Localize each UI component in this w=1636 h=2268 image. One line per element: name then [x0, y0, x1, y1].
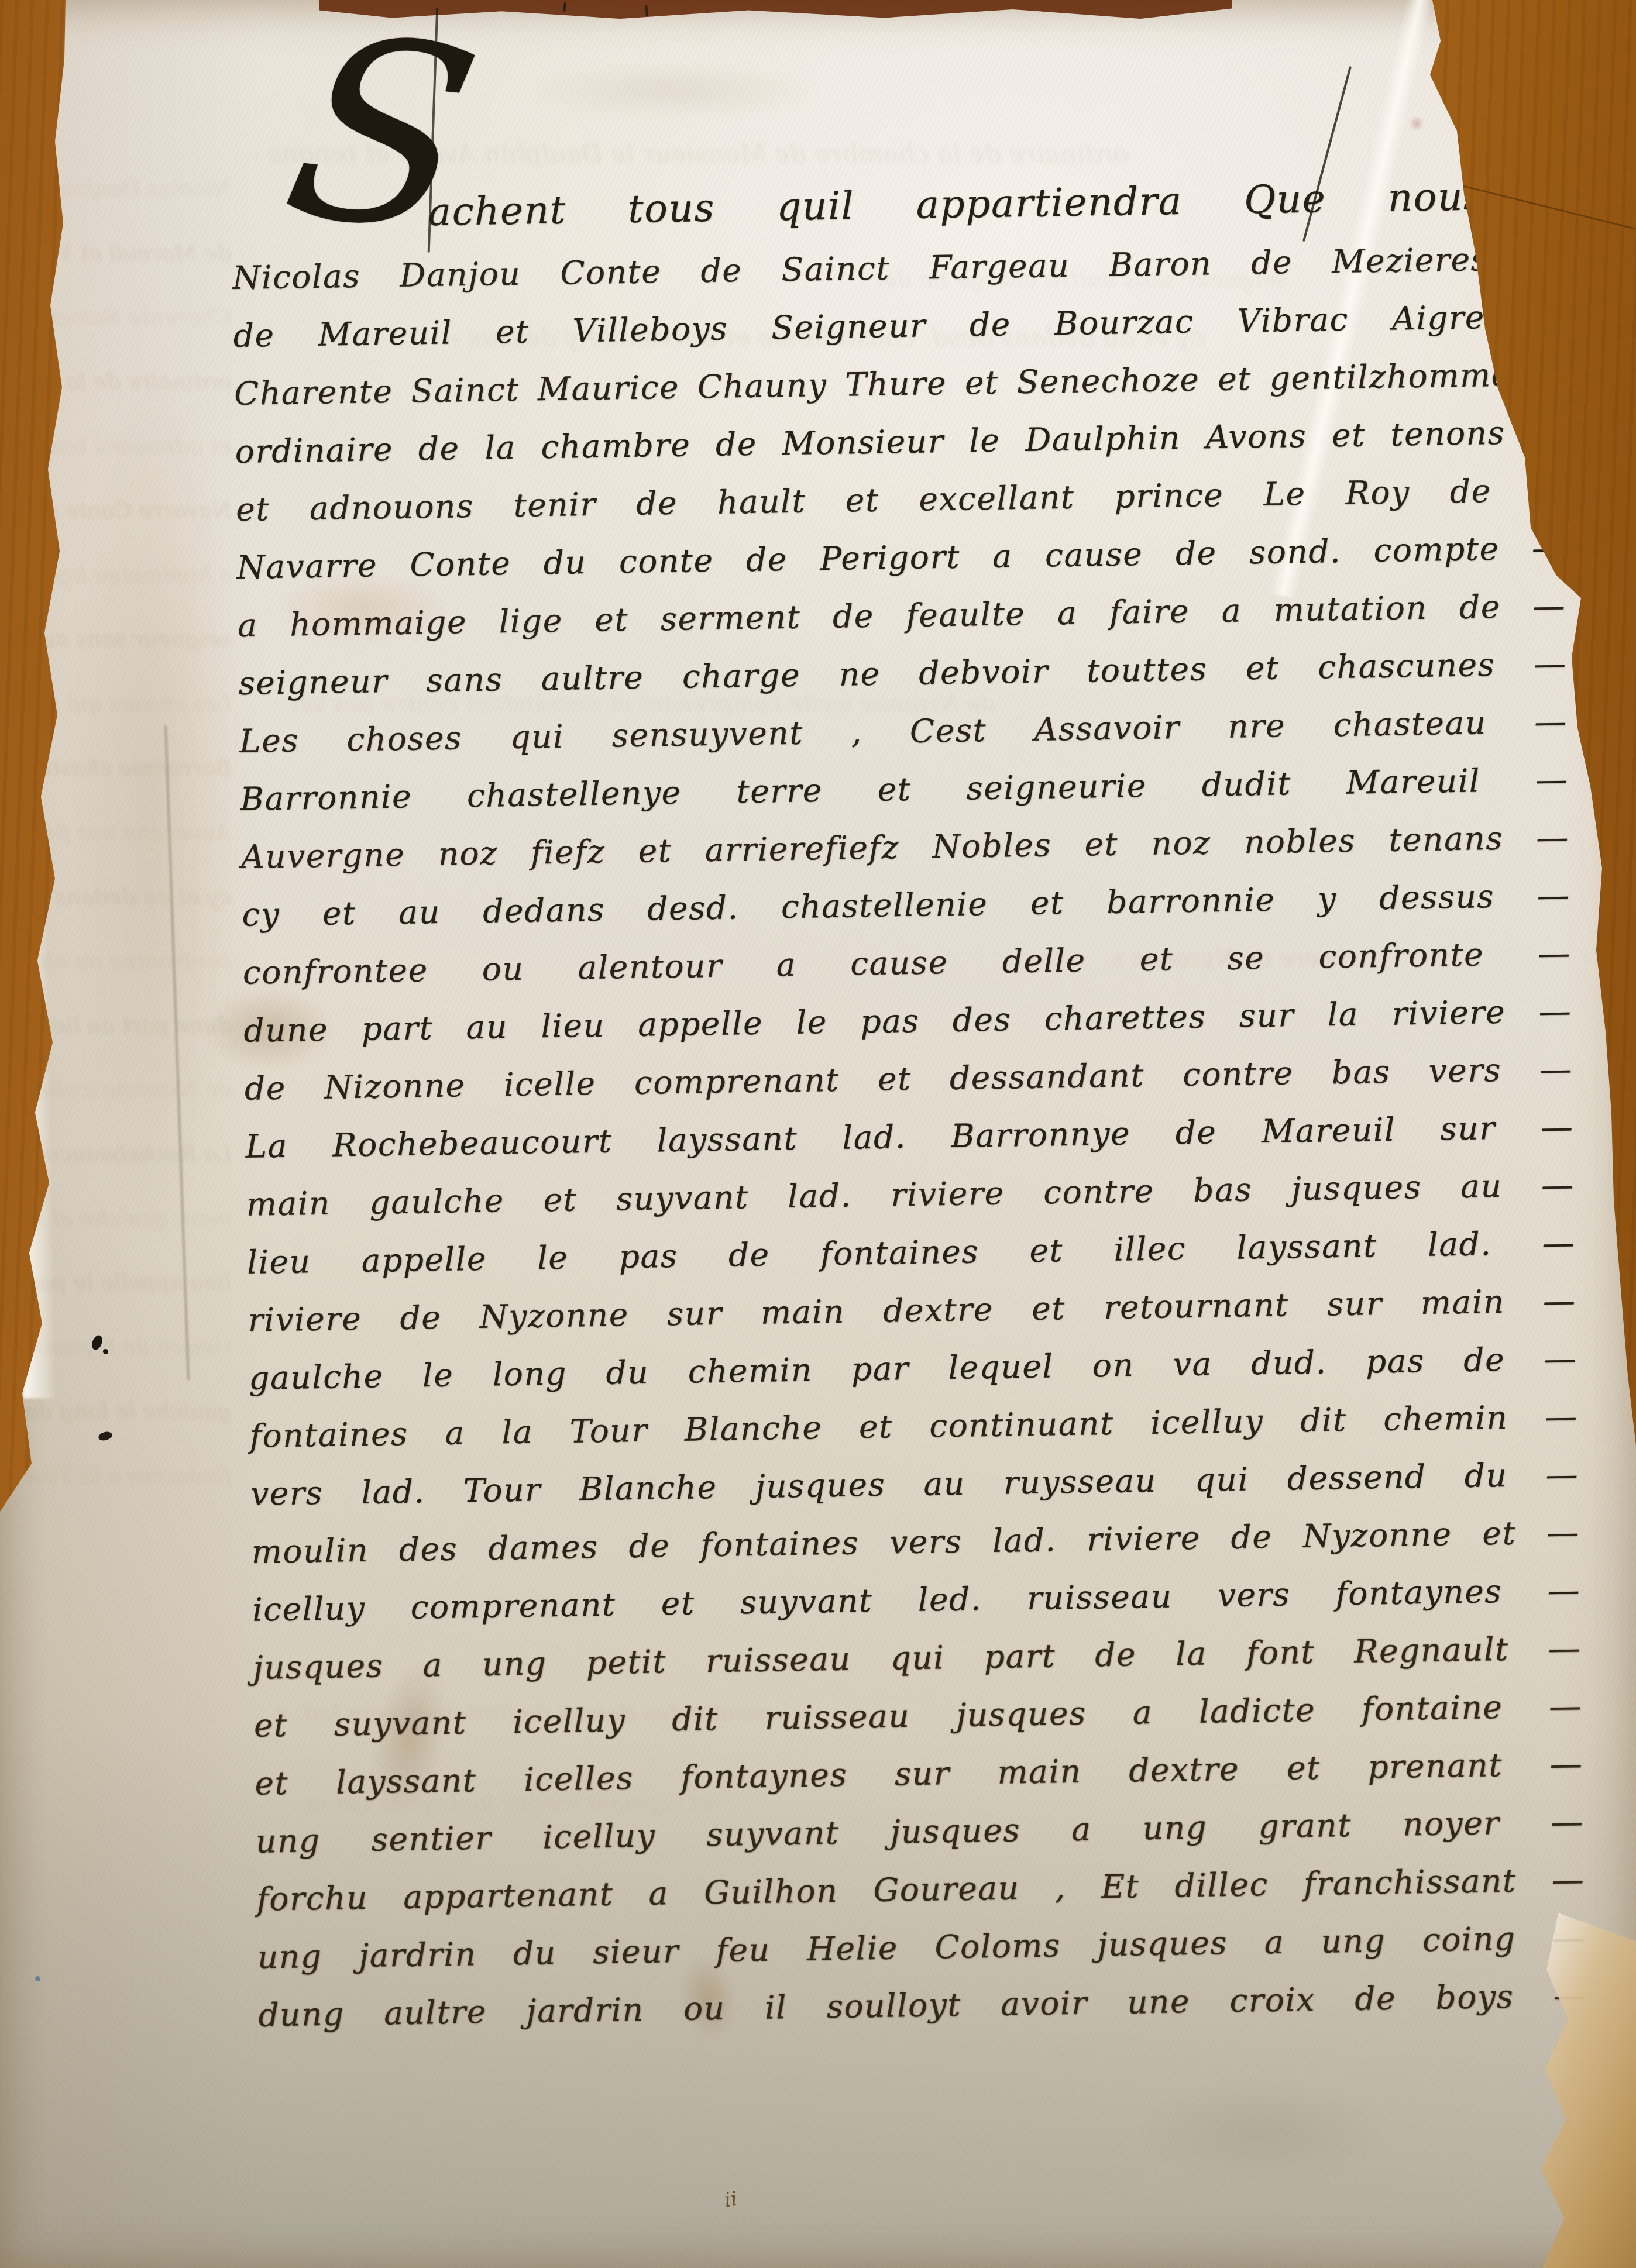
bleedthrough-line: La Rochebeaucourt layssant lad. Barronny…	[21, 1141, 232, 1171]
manuscript-text-block: achent tous quil appartiendra Que nous ;…	[231, 166, 1587, 2044]
manuscript-photo: Nicolas Danjou Conte de Sainct Fargeau B…	[0, 0, 1636, 2268]
bleedthrough-line: Auvergne noz fiefz et arrierefiefz Noble…	[21, 819, 232, 849]
bleedthrough-line: fontaines a la Tour Blanche et continuan…	[21, 1462, 232, 1492]
page-signature-mark: ii	[723, 2187, 738, 2212]
paper-crease	[164, 725, 190, 1380]
bleedthrough-line: riviere de Nyzonne sur main dextre et re…	[21, 1334, 232, 1364]
bleedthrough-line: lieu appelle le pas de fontaines et ille…	[21, 1269, 232, 1299]
paper-stain	[1409, 116, 1424, 131]
ink-blot	[98, 1430, 114, 1441]
bleedthrough-line: dune part au lieu appelle le pas des cha…	[21, 1012, 232, 1042]
bleedthrough-line: confrontee ou alentour a cause delle et …	[21, 948, 232, 978]
ink-blot	[103, 1349, 108, 1354]
ink-blot	[90, 1334, 104, 1351]
blue-fleck	[35, 1976, 40, 1981]
bleedthrough-line: main gaulche et suyvant lad. riviere con…	[21, 1205, 232, 1235]
bleedthrough-line: seigneur sans aultre charge ne debvoir t…	[21, 626, 232, 656]
paper-stain	[527, 64, 819, 117]
paper-stain	[70, 363, 234, 1240]
bleedthrough-line: Barronnie chastellenye terre et seigneur…	[21, 755, 232, 784]
bleedthrough-line: de Nizonne icelle comprenant et dessanda…	[21, 1076, 232, 1106]
manuscript-page: Nicolas Danjou Conte de Sainct Fargeau B…	[0, 0, 1636, 2268]
paper-stain	[1141, 2083, 1387, 2182]
bleedthrough-line: gaulche le long du chemin par lequel on …	[21, 1398, 232, 1428]
